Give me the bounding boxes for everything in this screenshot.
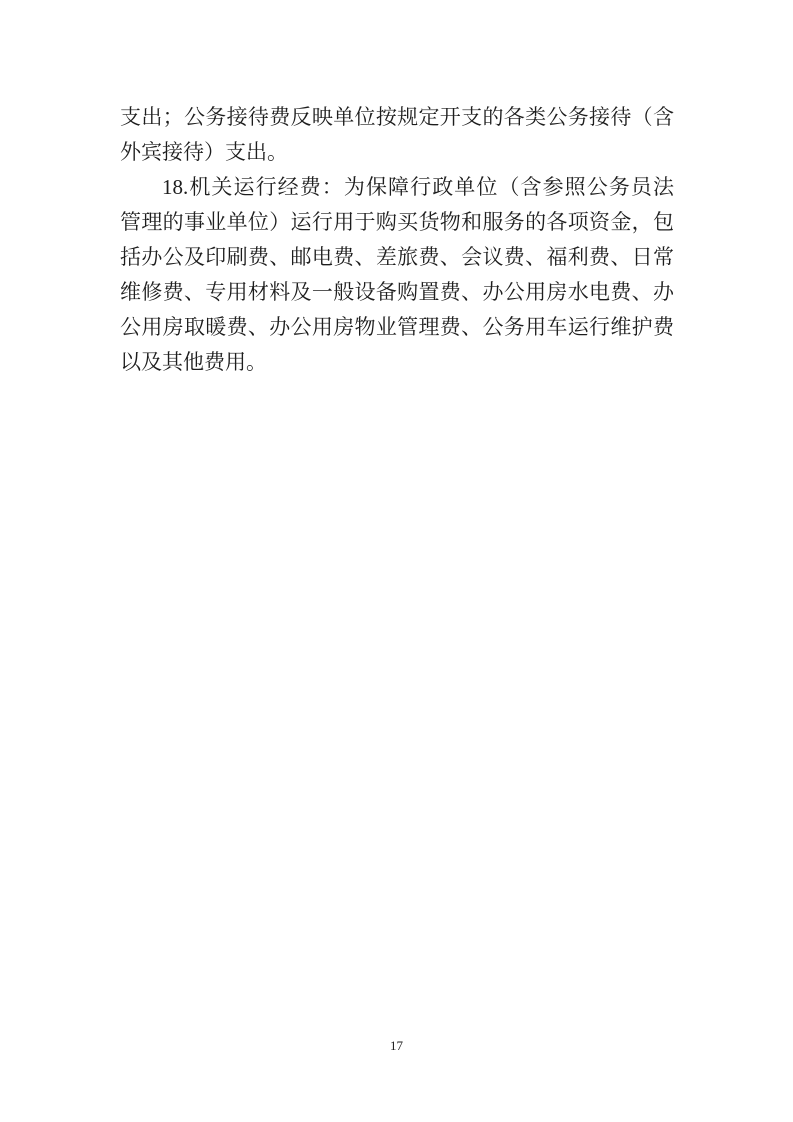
paragraph-continuation: 支出；公务接待费反映单位按规定开支的各类公务接待（含 外宾接待）支出。 bbox=[120, 100, 674, 170]
text-line: 管理的事业单位）运行用于购买货物和服务的各项资金，包 bbox=[120, 205, 674, 240]
page-number: 17 bbox=[0, 1038, 793, 1054]
paragraph-item-18: 18.机关运行经费：为保障行政单位（含参照公务员法 管理的事业单位）运行用于购买… bbox=[120, 170, 674, 380]
text-line: 支出；公务接待费反映单位按规定开支的各类公务接待（含 bbox=[120, 100, 674, 135]
document-body: 支出；公务接待费反映单位按规定开支的各类公务接待（含 外宾接待）支出。 18.机… bbox=[120, 100, 674, 380]
text-line: 括办公及印刷费、邮电费、差旅费、会议费、福利费、日常 bbox=[120, 240, 674, 275]
text-line: 以及其他费用。 bbox=[120, 345, 674, 380]
text-line: 公用房取暖费、办公用房物业管理费、公务用车运行维护费 bbox=[120, 310, 674, 345]
text-line: 维修费、专用材料及一般设备购置费、办公用房水电费、办 bbox=[120, 275, 674, 310]
text-line: 18.机关运行经费：为保障行政单位（含参照公务员法 bbox=[120, 170, 674, 205]
document-page: 支出；公务接待费反映单位按规定开支的各类公务接待（含 外宾接待）支出。 18.机… bbox=[0, 0, 793, 1122]
text-line: 外宾接待）支出。 bbox=[120, 135, 674, 170]
